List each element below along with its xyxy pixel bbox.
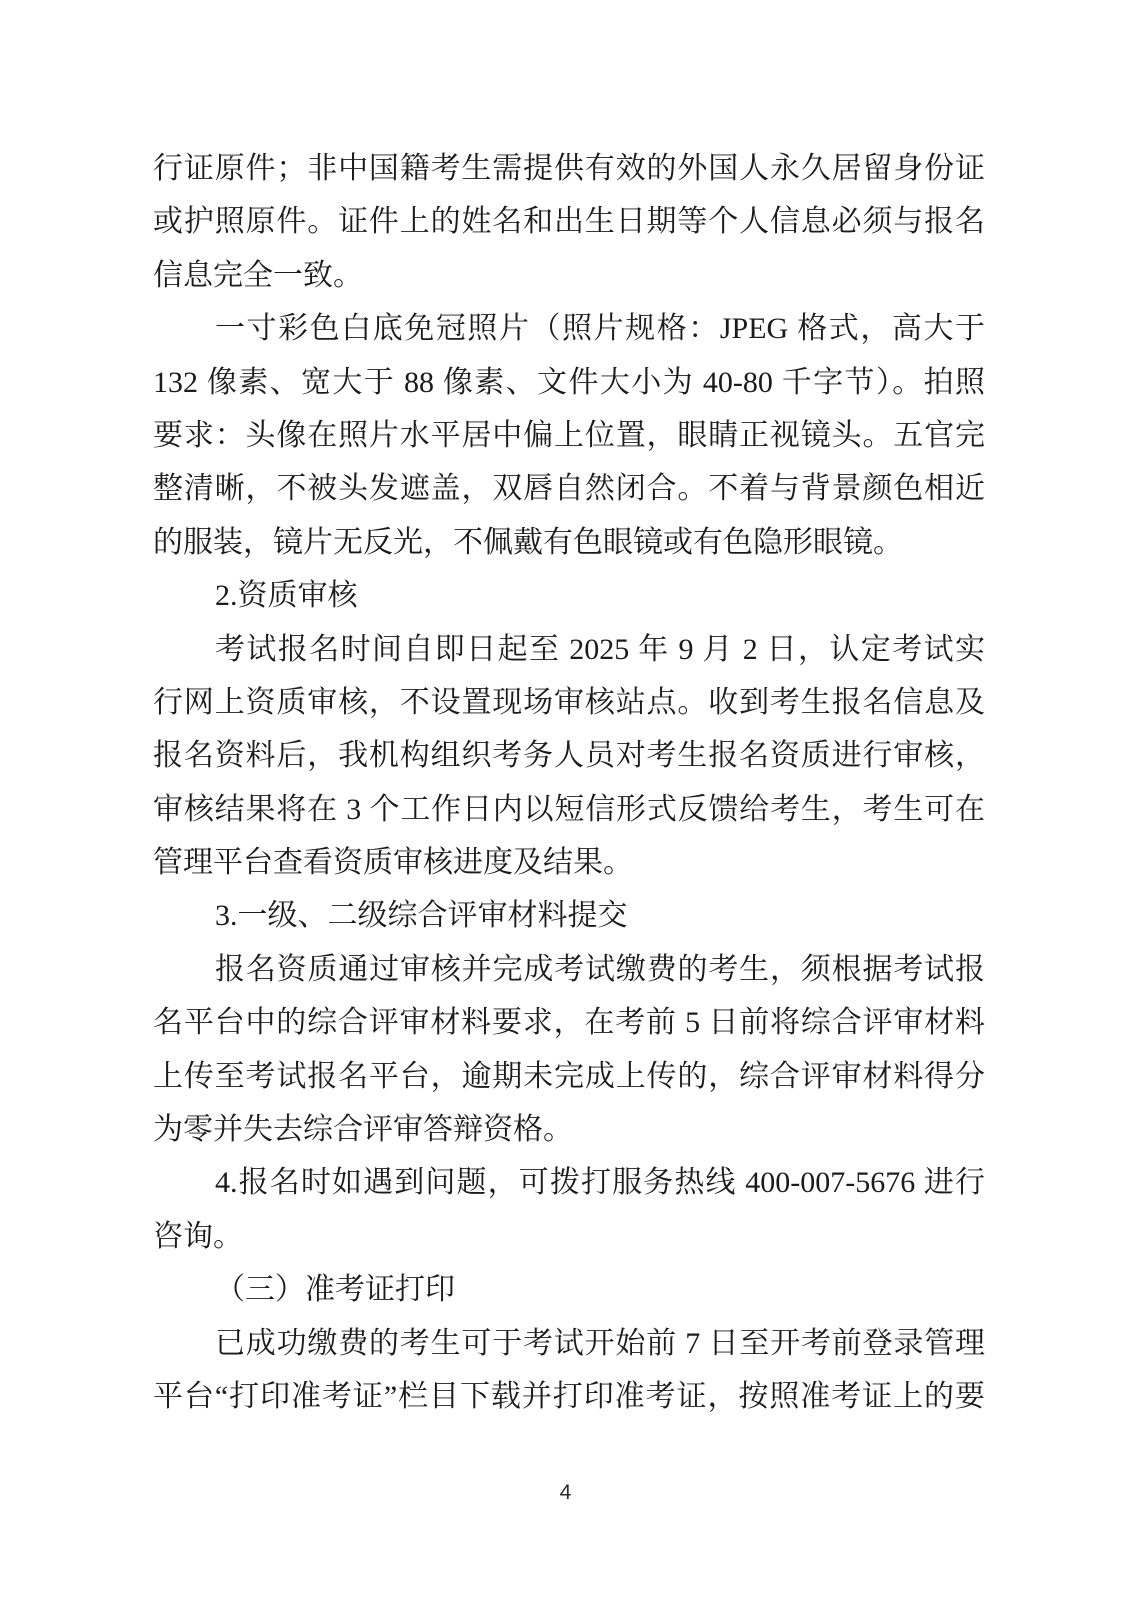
text-line: 为零并失去综合评审答辩资格。	[153, 1103, 985, 1156]
text-line: 管理平台查看资质审核进度及结果。	[153, 836, 985, 889]
section-heading: 2.资质审核	[153, 569, 985, 622]
text-line: 4.报名时如遇到问题，可拨打服务热线 400-007-5676 进行	[153, 1156, 985, 1209]
text-line: 行证原件；非中国籍考生需提供有效的外国人永久居留身份证	[153, 142, 985, 195]
text-line: 整清晰，不被头发遮盖，双唇自然闭合。不着与背景颜色相近	[153, 462, 985, 515]
text-line: 信息完全一致。	[153, 249, 985, 302]
text-line: 审核结果将在 3 个工作日内以短信形式反馈给考生，考生可在	[153, 783, 985, 836]
document-body: 行证原件；非中国籍考生需提供有效的外国人永久居留身份证 或护照原件。证件上的姓名…	[153, 142, 985, 1423]
text-line: 要求：头像在照片水平居中偏上位置，眼睛正视镜头。五官完	[153, 409, 985, 462]
text-line: 行网上资质审核，不设置现场审核站点。收到考生报名信息及	[153, 676, 985, 729]
text-line: 报名资质通过审核并完成考试缴费的考生，须根据考试报	[153, 943, 985, 996]
section-heading: （三）准考证打印	[153, 1263, 985, 1316]
text-line: 报名资料后，我机构组织考务人员对考生报名资质进行审核，	[153, 729, 985, 782]
text-line: 132 像素、宽大于 88 像素、文件大小为 40-80 千字节）。拍照	[153, 356, 985, 409]
text-line: 或护照原件。证件上的姓名和出生日期等个人信息必须与报名	[153, 195, 985, 248]
page-number: 4	[0, 1480, 1131, 1506]
text-line: 平台“打印准考证”栏目下载并打印准考证，按照准考证上的要	[153, 1370, 985, 1423]
text-line: 的服装，镜片无反光，不佩戴有色眼镜或有色隐形眼镜。	[153, 516, 985, 569]
text-line: 考试报名时间自即日起至 2025 年 9 月 2 日，认定考试实	[153, 623, 985, 676]
text-line: 已成功缴费的考生可于考试开始前 7 日至开考前登录管理	[153, 1317, 985, 1370]
text-line: 名平台中的综合评审材料要求，在考前 5 日前将综合评审材料	[153, 996, 985, 1049]
text-line: 一寸彩色白底免冠照片（照片规格：JPEG 格式，高大于	[153, 302, 985, 355]
section-heading: 3.一级、二级综合评审材料提交	[153, 889, 985, 942]
text-line: 咨询。	[153, 1210, 985, 1263]
text-line: 上传至考试报名平台，逾期未完成上传的，综合评审材料得分	[153, 1050, 985, 1103]
